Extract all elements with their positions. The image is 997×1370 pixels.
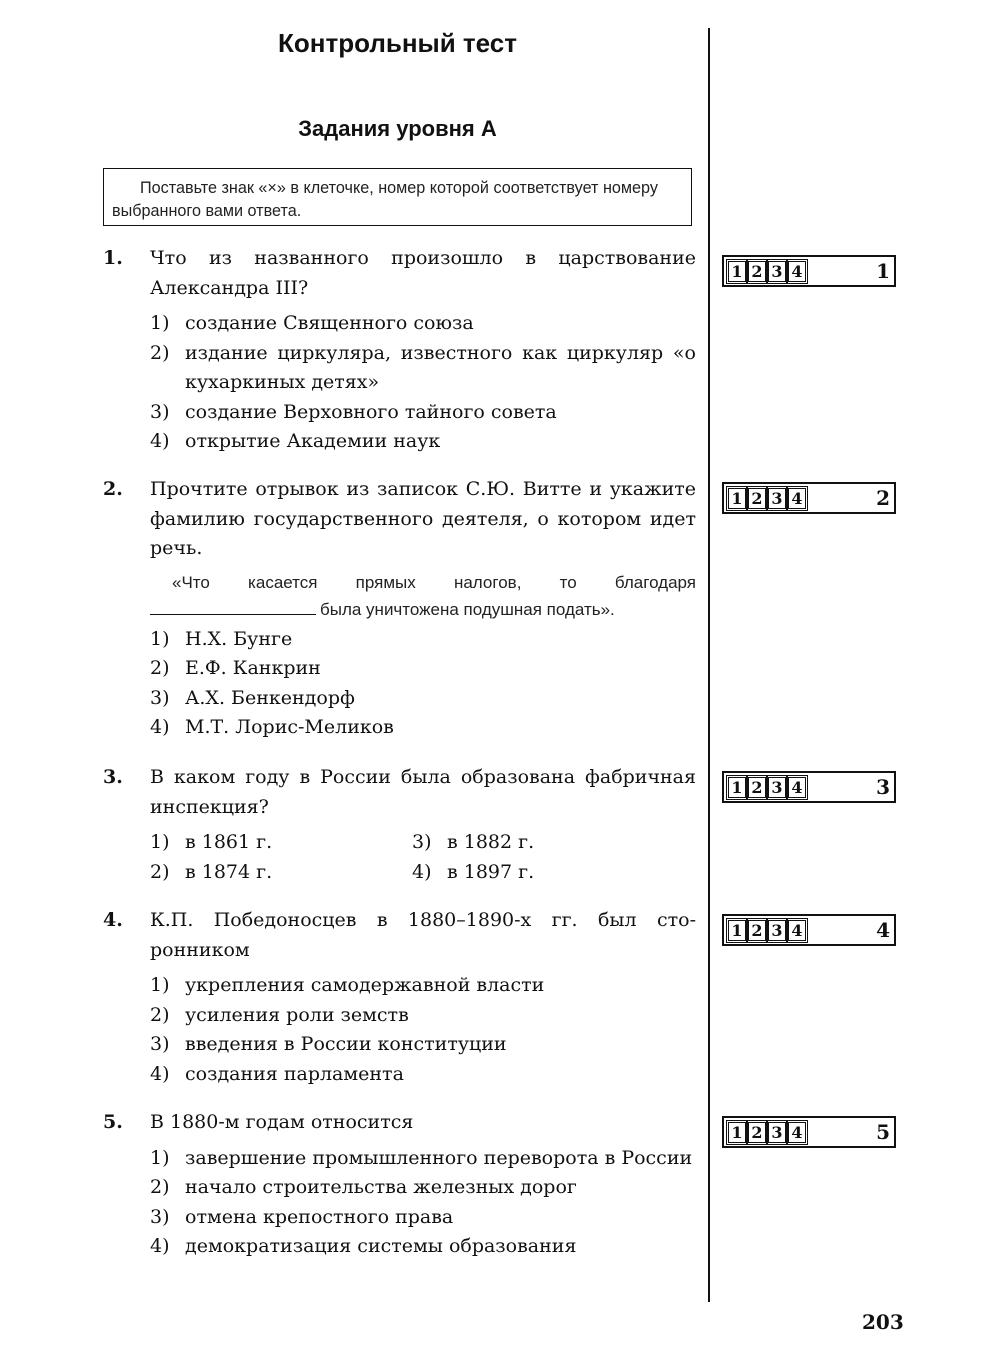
source-quote: «Что касается прямых налогов, то благода… <box>150 569 696 623</box>
option-text: в 1882 г. <box>447 831 534 853</box>
option-text: в 1861 г. <box>185 831 272 853</box>
options-list: 1)укрепления самодержавной власти 2)усил… <box>150 971 696 1089</box>
answer-box-number: 2 <box>876 486 890 510</box>
option-number: 1) <box>150 309 170 339</box>
option-number: 2) <box>150 1173 170 1203</box>
option-text: издание циркуляра, известного как цирку­… <box>185 342 696 394</box>
option-text: создания парламента <box>185 1063 404 1085</box>
column-divider <box>708 28 710 1302</box>
answer-checkbox-2[interactable]: 2 <box>748 1122 766 1143</box>
question-stem: К.П. Победоносцев в 1880–1890-х гг. был … <box>150 906 696 965</box>
option-number: 4) <box>150 1060 170 1090</box>
answer-checkbox-3[interactable]: 3 <box>768 261 786 282</box>
option: 4)демократизация системы образования <box>150 1232 696 1262</box>
question-3: 3. В каком году в России была образована… <box>100 763 696 887</box>
answer-checkbox-2[interactable]: 2 <box>748 777 766 798</box>
question-stem: Прочтите отрывок из записок С.Ю. Витте и… <box>150 475 696 564</box>
option-text: открытие Академии наук <box>185 430 440 452</box>
page-title: Контрольный тест <box>100 28 695 59</box>
option-number: 3) <box>150 1030 170 1060</box>
question-number: 3. <box>103 763 123 793</box>
answer-box-number: 4 <box>876 918 890 942</box>
fill-blank <box>150 598 316 615</box>
answer-checkbox-4[interactable]: 4 <box>788 777 806 798</box>
answer-checkbox-3[interactable]: 3 <box>768 920 786 941</box>
option-text: в 1874 г. <box>185 861 272 883</box>
answer-checkbox-1[interactable]: 1 <box>728 920 746 941</box>
option: 3)создание Верховного тайного совета <box>150 398 696 428</box>
option: 3)введения в России конституции <box>150 1030 696 1060</box>
option: 4)создания парламента <box>150 1060 696 1090</box>
option-text: начало строительства железных дорог <box>185 1176 577 1198</box>
answer-box-number: 3 <box>876 775 890 799</box>
answer-checkbox-3[interactable]: 3 <box>768 488 786 509</box>
answer-checkbox-4[interactable]: 4 <box>788 1122 806 1143</box>
option: 1)завершение промышленного переворота в … <box>150 1144 696 1174</box>
option-number: 1) <box>150 971 170 1001</box>
instruction-box: Поставьте знак «×» в клеточке, номер кот… <box>103 168 692 226</box>
option-text: М.Т. Лорис-Меликов <box>185 716 394 738</box>
answer-checkbox-2[interactable]: 2 <box>748 261 766 282</box>
option: 4)М.Т. Лорис-Меликов <box>150 713 696 743</box>
option: 4)в 1897 г. <box>412 858 612 888</box>
option-text: завершение промышленного переворота в Ро… <box>185 1147 692 1169</box>
answer-checkbox-2[interactable]: 2 <box>748 488 766 509</box>
option: 2)в 1874 г. <box>150 858 412 888</box>
answer-box-1: 1 2 3 4 1 <box>722 255 896 287</box>
quote-line: была уничтожена подушная подать». <box>150 596 696 623</box>
option: 3)в 1882 г. <box>412 828 612 858</box>
answer-box-5: 1 2 3 4 5 <box>722 1116 896 1148</box>
option-number: 2) <box>150 654 170 684</box>
option-number: 2) <box>150 1001 170 1031</box>
question-number: 5. <box>103 1108 123 1138</box>
option-number: 3) <box>150 684 170 714</box>
option-text: создание Верховного тайного совета <box>185 401 557 423</box>
quote-line: «Что касается прямых налогов, то благода… <box>150 569 696 596</box>
section-subtitle: Задания уровня А <box>100 116 695 142</box>
answer-checkbox-4[interactable]: 4 <box>788 261 806 282</box>
option-number: 2) <box>150 339 170 369</box>
option-text: усиления роли земств <box>185 1004 409 1026</box>
answer-checkbox-2[interactable]: 2 <box>748 920 766 941</box>
option: 1)Н.Х. Бунге <box>150 625 696 655</box>
option-text: укрепления самодержавной власти <box>185 974 544 996</box>
options-list: 1)завершение промышленного переворота в … <box>150 1144 696 1262</box>
option-number: 4) <box>150 427 170 457</box>
options-list: 1)создание Священного союза 2)издание ци… <box>150 309 696 457</box>
option: 2)начало строительства железных дорог <box>150 1173 696 1203</box>
option-number: 1) <box>150 625 170 655</box>
option-text: Н.Х. Бунге <box>185 628 292 650</box>
question-1: 1. Что из названного произошло в царство… <box>100 244 696 457</box>
option: 3)А.Х. Бенкендорф <box>150 684 696 714</box>
option: 2)Е.Ф. Канкрин <box>150 654 696 684</box>
option-number: 4) <box>150 1232 170 1262</box>
options-list: 1)в 1861 г. 3)в 1882 г. 2)в 1874 г. 4)в … <box>150 828 696 887</box>
option-number: 4) <box>150 713 170 743</box>
question-number: 4. <box>103 906 123 936</box>
answer-box-4: 1 2 3 4 4 <box>722 914 896 946</box>
answer-checkbox-4[interactable]: 4 <box>788 488 806 509</box>
option-number: 3) <box>150 398 170 428</box>
option-number: 1) <box>150 1144 170 1174</box>
answer-box-3: 1 2 3 4 3 <box>722 771 896 803</box>
question-5: 5. В 1880-м годам относится 1)завершение… <box>100 1108 696 1262</box>
answer-checkbox-1[interactable]: 1 <box>728 777 746 798</box>
answer-checkbox-1[interactable]: 1 <box>728 488 746 509</box>
answer-box-number: 5 <box>876 1120 890 1144</box>
option-text: введения в России конституции <box>185 1033 507 1055</box>
option-text: отмена крепостного права <box>185 1206 453 1228</box>
answer-checkbox-3[interactable]: 3 <box>768 777 786 798</box>
option-number: 1) <box>150 828 170 858</box>
answer-checkbox-1[interactable]: 1 <box>728 261 746 282</box>
answer-box-number: 1 <box>876 259 890 283</box>
option-number: 3) <box>412 828 432 858</box>
option: 1)укрепления самодержавной власти <box>150 971 696 1001</box>
question-4: 4. К.П. Победоносцев в 1880–1890-х гг. б… <box>100 906 696 1089</box>
option: 2)усиления роли земств <box>150 1001 696 1031</box>
question-stem: В каком году в России была образована фа… <box>150 763 696 822</box>
answer-checkbox-3[interactable]: 3 <box>768 1122 786 1143</box>
page-number: 203 <box>862 1310 904 1334</box>
question-number: 2. <box>103 475 123 505</box>
option-text: создание Священного союза <box>185 312 474 334</box>
option-number: 3) <box>150 1203 170 1233</box>
option-text: в 1897 г. <box>447 861 534 883</box>
option-number: 4) <box>412 858 432 888</box>
option: 1)создание Священного союза <box>150 309 696 339</box>
option: 3)отмена крепостного права <box>150 1203 696 1233</box>
answer-checkbox-4[interactable]: 4 <box>788 920 806 941</box>
option-text: А.Х. Бенкендорф <box>185 687 355 709</box>
question-number: 1. <box>103 244 123 274</box>
option: 4)открытие Академии наук <box>150 427 696 457</box>
option-text: Е.Ф. Канкрин <box>185 657 321 679</box>
question-stem: В 1880-м годам относится <box>150 1108 696 1138</box>
quote-text: была уничтожена подушная подать». <box>320 600 615 619</box>
question-stem: Что из названного произошло в царствован… <box>150 244 696 303</box>
option-number: 2) <box>150 858 170 888</box>
options-list: 1)Н.Х. Бунге 2)Е.Ф. Канкрин 3)А.Х. Бенке… <box>150 625 696 743</box>
option: 1)в 1861 г. <box>150 828 412 858</box>
question-2: 2. Прочтите отрывок из записок С.Ю. Витт… <box>100 475 696 743</box>
option: 2)издание циркуляра, известного как цирк… <box>150 339 696 398</box>
option-text: демократизация системы образования <box>185 1235 576 1257</box>
answer-box-2: 1 2 3 4 2 <box>722 482 896 514</box>
answer-checkbox-1[interactable]: 1 <box>728 1122 746 1143</box>
